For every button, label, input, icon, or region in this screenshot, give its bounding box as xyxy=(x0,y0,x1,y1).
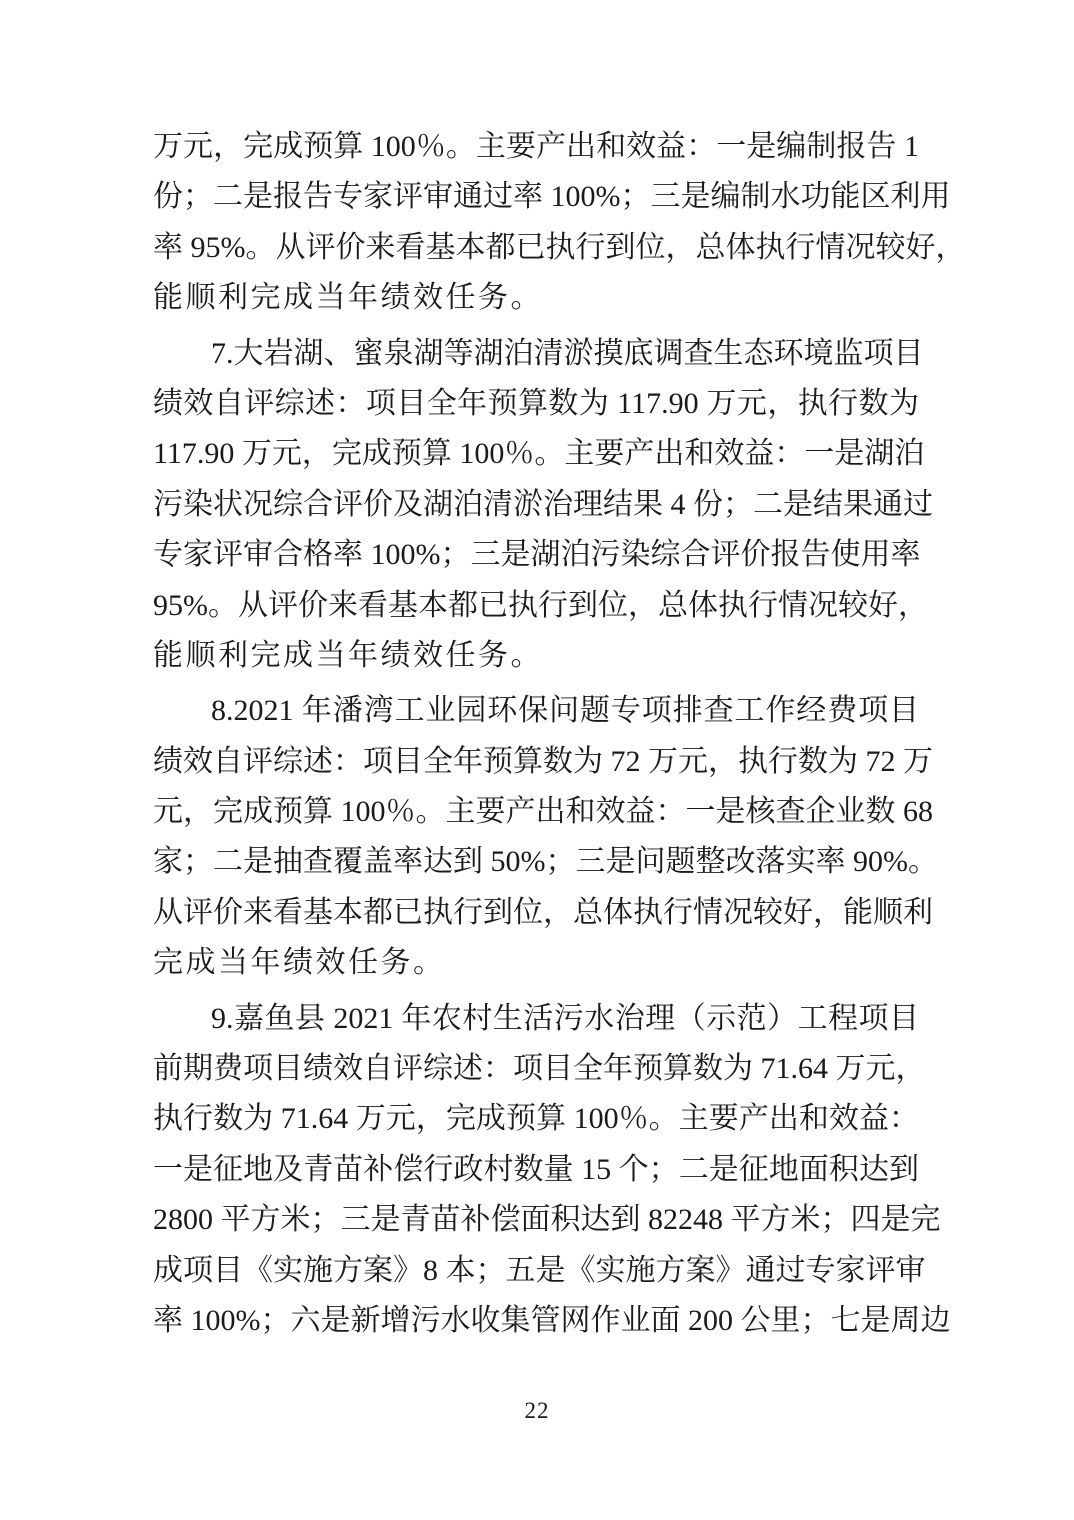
text-line: 专家评审合格率 100%；三是湖泊污染综合评价报告使用率 xyxy=(153,530,919,580)
paragraph-item-9: 9.嘉鱼县 2021 年农村生活污水治理（示范）工程项目 前期费项目绩效自评综述… xyxy=(153,994,919,1347)
paragraph-continuation-item-6: 万元，完成预算 100％。主要产出和效益：一是编制报告 1 份；二是报告专家评审… xyxy=(153,122,919,324)
document-text-block: 万元，完成预算 100％。主要产出和效益：一是编制报告 1 份；二是报告专家评审… xyxy=(153,122,919,1346)
text-line: 绩效自评综述：项目全年预算数为 72 万元，执行数为 72 万 xyxy=(153,737,919,787)
page-number: 22 xyxy=(525,1398,550,1423)
text-line: 8.2021 年潘湾工业园环保问题专项排查工作经费项目 xyxy=(153,686,919,736)
paragraph-item-7: 7.大岩湖、蜜泉湖等湖泊清淤摸底调查生态环境监项目 绩效自评综述：项目全年预算数… xyxy=(153,329,919,682)
text-line: 7.大岩湖、蜜泉湖等湖泊清淤摸底调查生态环境监项目 xyxy=(153,329,919,379)
text-line: 元，完成预算 100％。主要产出和效益：一是核查企业数 68 xyxy=(153,787,919,837)
text-line: 份；二是报告专家评审通过率 100%；三是编制水功能区利用 xyxy=(153,172,919,222)
paragraph-item-8: 8.2021 年潘湾工业园环保问题专项排查工作经费项目 绩效自评综述：项目全年预… xyxy=(153,686,919,988)
text-line: 率 100%；六是新增污水收集管网作业面 200 公里；七是周边 xyxy=(153,1296,919,1346)
text-line: 成项目《实施方案》8 本；五是《实施方案》通过专家评审 xyxy=(153,1246,919,1296)
text-line: 一是征地及青苗补偿行政村数量 15 个；二是征地面积达到 xyxy=(153,1145,919,1195)
text-line: 家；二是抽查覆盖率达到 50%；三是问题整改落实率 90%。 xyxy=(153,837,919,887)
text-line: 117.90 万元，完成预算 100％。主要产出和效益：一是湖泊 xyxy=(153,429,919,479)
text-line: 万元，完成预算 100％。主要产出和效益：一是编制报告 1 xyxy=(153,122,919,172)
text-line: 执行数为 71.64 万元，完成预算 100％。主要产出和效益： xyxy=(153,1094,919,1144)
text-line: 前期费项目绩效自评综述：项目全年预算数为 71.64 万元， xyxy=(153,1044,919,1094)
text-line: 9.嘉鱼县 2021 年农村生活污水治理（示范）工程项目 xyxy=(153,994,919,1044)
text-line: 从评价来看基本都已执行到位，总体执行情况较好，能顺利 xyxy=(153,888,919,938)
text-line: 绩效自评综述：项目全年预算数为 117.90 万元，执行数为 xyxy=(153,379,919,429)
text-line: 完成当年绩效任务。 xyxy=(153,938,919,988)
text-line: 污染状况综合评价及湖泊清淤治理结果 4 份；二是结果通过 xyxy=(153,480,919,530)
text-line: 能顺利完成当年绩效任务。 xyxy=(153,631,919,681)
text-line: 率 95%。从评价来看基本都已执行到位，总体执行情况较好， xyxy=(153,223,919,273)
document-page: { "page": { "number": "22", "background"… xyxy=(0,0,1074,1520)
text-line: 95%。从评价来看基本都已执行到位，总体执行情况较好， xyxy=(153,581,919,631)
text-line: 2800 平方米；三是青苗补偿面积达到 82248 平方米；四是完 xyxy=(153,1195,919,1245)
text-line: 能顺利完成当年绩效任务。 xyxy=(153,273,919,323)
page-footer: 22 xyxy=(0,1398,1074,1424)
